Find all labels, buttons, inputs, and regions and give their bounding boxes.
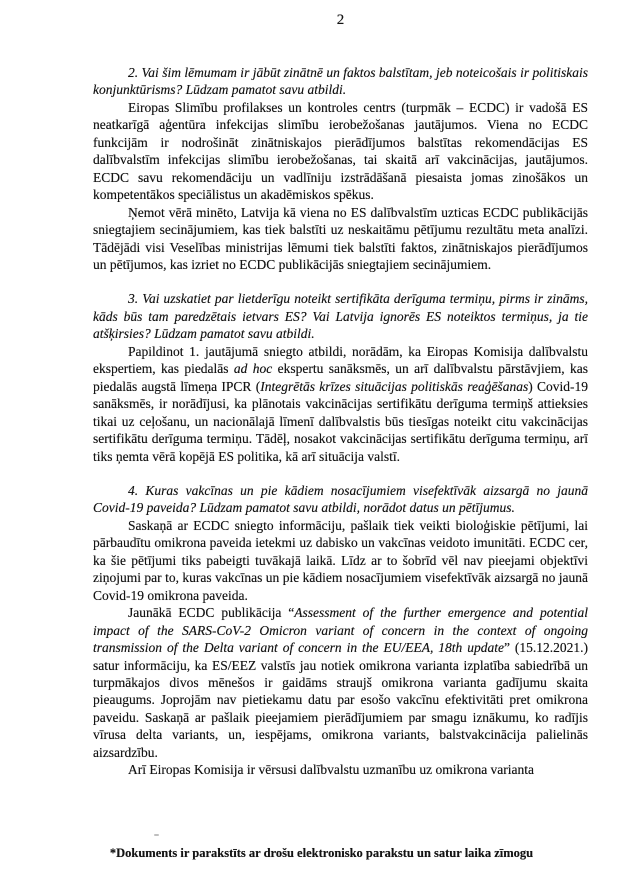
- scan-artifact: [154, 834, 159, 836]
- text-run: ad hoc: [234, 361, 272, 376]
- answer-4-paragraph-1: Saskaņā ar ECDC sniegto informāciju, paš…: [93, 517, 588, 604]
- text-run: Integrētās krīzes situācijas politiskās …: [260, 379, 528, 394]
- answer-4-paragraph-2: Jaunākā ECDC publikācija “Assessment of …: [93, 604, 588, 761]
- document-page: 2 2. Vai šim lēmumam ir jābūt zinātnē un…: [0, 0, 643, 877]
- answer-2-paragraph-1: Eiropas Slimību profilakses un kontroles…: [93, 99, 588, 204]
- question-2: 2. Vai šim lēmumam ir jābūt zinātnē un f…: [93, 64, 588, 99]
- answer-4-paragraph-3: Arī Eiropas Komisija ir vērsusi dalībval…: [93, 761, 588, 778]
- signature-footnote: *Dokuments ir parakstīts ar drošu elektr…: [0, 846, 643, 861]
- document-body: 2. Vai šim lēmumam ir jābūt zinātnē un f…: [93, 64, 588, 841]
- question-4: 4. Kuras vakcīnas un pie kādiem nosacīju…: [93, 482, 588, 517]
- answer-2-paragraph-2: Ņemot vērā minēto, Latvija kā viena no E…: [93, 204, 588, 274]
- text-run: Jaunākā ECDC publikācija “: [128, 605, 294, 620]
- question-3: 3. Vai uzskatiet par lietderīgu noteikt …: [93, 290, 588, 342]
- text-run: ” (15.12.2021.) satur informāciju, ka ES…: [93, 640, 588, 760]
- page-number: 2: [93, 12, 588, 28]
- answer-3-paragraph-1: Papildinot 1. jautājumā sniegto atbildi,…: [93, 343, 588, 465]
